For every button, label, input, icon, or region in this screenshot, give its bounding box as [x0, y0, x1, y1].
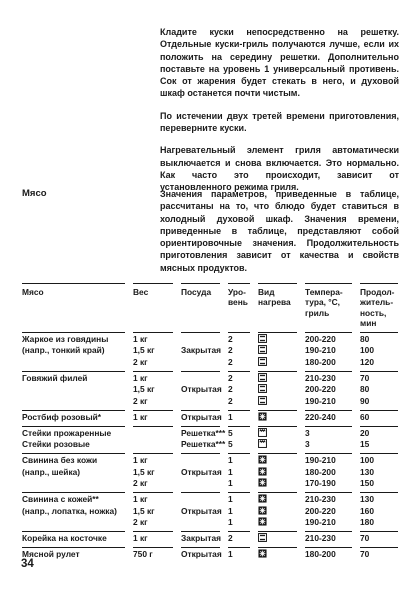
dish-name-cell: Стейки прожаренныеСтейки розовые	[22, 426, 125, 453]
duration-value: 80	[360, 334, 398, 346]
heat-mode	[258, 334, 297, 346]
duration-cell: 80100120	[360, 332, 398, 371]
temperature-value: 170-190	[305, 478, 352, 490]
level-value: 2	[228, 384, 250, 396]
weight-value: 1 кг	[133, 334, 173, 346]
heat-mode	[258, 549, 297, 561]
heat-mode-cell	[258, 547, 297, 563]
level-value: 2	[228, 357, 250, 369]
duration-value: 100	[360, 345, 398, 357]
duration-cell: 130160180	[360, 492, 398, 531]
dish-name: Мясной рулет	[22, 549, 125, 561]
intro-text: Кладите куски непосредственно на решетку…	[160, 26, 399, 204]
cookware-value: Закрытая	[181, 533, 221, 545]
intro-paragraph: Кладите куски непосредственно на решетку…	[160, 26, 399, 100]
cookware-cell: Решетка***Решетка***	[181, 426, 220, 453]
section-heading: Мясо	[22, 188, 47, 199]
duration-value: 15	[360, 439, 398, 451]
duration-value: 90	[360, 396, 398, 408]
duration-value: 160	[360, 506, 398, 518]
heat-mode-cell	[258, 371, 297, 410]
table-row-group: Мясной рулет750 гОткрытая1180-20070	[22, 547, 399, 563]
weight-value: 1 кг	[133, 373, 173, 385]
heat-mode	[258, 478, 297, 490]
dish-name: (напр., тонкий край)	[22, 345, 125, 357]
temperature-value: 180-200	[305, 549, 352, 561]
dish-name: Стейки розовые	[22, 439, 125, 451]
table-row-group: Свинина без кожи(напр., шейка)1 кг1,5 кг…	[22, 453, 399, 492]
weight-value: 2 кг	[133, 396, 173, 408]
duration-cell: 70	[360, 547, 398, 563]
duration-value: 70	[360, 533, 398, 545]
weight-value: 1,5 кг	[133, 345, 173, 357]
level-cell: 1	[228, 410, 250, 426]
top-bottom-heat-icon	[258, 373, 267, 383]
heat-mode	[258, 517, 297, 529]
dish-name: Свинина с кожей**	[22, 494, 125, 506]
weight-value: 1 кг	[133, 412, 173, 424]
page-number: 34	[21, 558, 34, 570]
top-bottom-heat-icon	[258, 345, 267, 355]
table-row-group: Говяжий филей1 кг1,5 кг2 кгОткрытая22221…	[22, 371, 399, 410]
level-cell: 2	[228, 531, 250, 547]
level-value: 1	[228, 455, 250, 467]
level-value: 1	[228, 517, 250, 529]
duration-value: 120	[360, 357, 398, 369]
temperature-cell: 190-210180-200170-190	[305, 453, 352, 492]
top-bottom-heat-icon	[258, 384, 267, 394]
section-paragraph: Значения параметров, приведенные в табли…	[160, 188, 399, 274]
top-bottom-heat-icon	[258, 334, 267, 344]
heat-mode-cell	[258, 410, 297, 426]
level-value: 5	[228, 439, 250, 451]
hot-air-fan-icon	[258, 517, 267, 527]
heat-mode-cell	[258, 531, 297, 547]
manual-page: Кладите куски непосредственно на решетку…	[0, 0, 420, 595]
cookware-value: Открытая	[181, 384, 222, 396]
col-header-cookware: Посуда	[181, 283, 220, 332]
temperature-value: 3	[305, 439, 352, 451]
level-value: 1	[228, 494, 250, 506]
heat-mode-cell	[258, 492, 297, 531]
dish-name: Стейки прожаренные	[22, 428, 125, 440]
col-header-heat-mode: Вид нагрева	[258, 283, 297, 332]
dish-name: Жаркое из говядины	[22, 334, 125, 346]
level-cell: 111	[228, 492, 250, 531]
heat-mode	[258, 494, 297, 506]
table-row-group: Корейка на косточке1 кгЗакрытая2210-2307…	[22, 531, 399, 547]
weight-cell: 1 кг1,5 кг2 кг	[133, 492, 173, 531]
level-cell: 222	[228, 332, 250, 371]
heat-mode	[258, 396, 297, 408]
cookware-value: Закрытая	[181, 345, 221, 357]
weight-cell: 1 кг	[133, 531, 173, 547]
temperature-value: 200-220	[305, 506, 352, 518]
temperature-value: 200-220	[305, 384, 352, 396]
temperature-cell: 220-240	[305, 410, 352, 426]
dish-name: Ростбиф розовый*	[22, 412, 125, 424]
weight-cell: 1 кг	[133, 410, 173, 426]
weight-cell: 750 г	[133, 547, 173, 563]
meat-table-body: Жаркое из говядины(напр., тонкий край)1 …	[22, 332, 399, 563]
cookware-value: Открытая	[181, 467, 222, 479]
hot-air-fan-icon	[258, 467, 267, 477]
temperature-value: 180-200	[305, 467, 352, 479]
duration-cell: 2015	[360, 426, 398, 453]
temperature-cell: 33	[305, 426, 352, 453]
temperature-value: 180-200	[305, 357, 352, 369]
cookware-cell: Открытая	[181, 547, 220, 563]
table-row-group: Жаркое из говядины(напр., тонкий край)1 …	[22, 332, 399, 371]
dish-name-cell: Свинина без кожи(напр., шейка)	[22, 453, 125, 492]
hot-air-fan-icon	[258, 506, 267, 516]
level-value: 1	[228, 506, 250, 518]
level-value: 2	[228, 345, 250, 357]
dish-name: Говяжий филей	[22, 373, 125, 385]
weight-value: 1,5 кг	[133, 384, 173, 396]
heat-mode	[258, 428, 297, 440]
level-cell: 222	[228, 371, 250, 410]
duration-value: 70	[360, 549, 398, 561]
heat-mode-cell	[258, 332, 297, 371]
temperature-cell: 210-230200-220190-210	[305, 492, 352, 531]
duration-value: 180	[360, 517, 398, 529]
weight-value	[133, 439, 173, 451]
top-bottom-heat-icon	[258, 396, 267, 406]
level-value: 1	[228, 412, 250, 424]
duration-value: 130	[360, 494, 398, 506]
duration-value: 130	[360, 467, 398, 479]
heat-mode-cell	[258, 426, 297, 453]
heat-mode	[258, 412, 297, 424]
cookware-cell: Закрытая	[181, 531, 220, 547]
duration-cell: 60	[360, 410, 398, 426]
heat-mode	[258, 439, 297, 451]
col-header-meat: Мясо	[22, 283, 125, 332]
temperature-value: 210-230	[305, 533, 352, 545]
cookware-value: Открытая	[181, 549, 222, 561]
dish-name: (напр., лопатка, ножка)	[22, 506, 125, 518]
table-header-row: Мясо Вес Посуда Уро- вень Вид нагрева Те…	[22, 283, 399, 332]
temperature-value: 200-220	[305, 334, 352, 346]
level-value: 1	[228, 467, 250, 479]
weight-value: 1,5 кг	[133, 506, 173, 518]
heat-mode	[258, 345, 297, 357]
weight-value: 750 г	[133, 549, 173, 561]
cookware-cell: Открытая	[181, 453, 220, 492]
col-header-temperature: Темпера- тура, °C, гриль	[305, 283, 352, 332]
temperature-value: 220-240	[305, 412, 352, 424]
level-value: 2	[228, 373, 250, 385]
cookware-cell: Открытая	[181, 492, 220, 531]
duration-cell: 70	[360, 531, 398, 547]
cookware-cell: Открытая	[181, 410, 220, 426]
weight-value: 1 кг	[133, 455, 173, 467]
duration-value: 60	[360, 412, 398, 424]
level-value: 2	[228, 396, 250, 408]
heat-mode-cell	[258, 453, 297, 492]
col-header-weight: Вес	[133, 283, 173, 332]
cookware-value: Открытая	[181, 506, 222, 518]
dish-name-cell: Жаркое из говядины(напр., тонкий край)	[22, 332, 125, 371]
weight-value	[133, 428, 173, 440]
duration-value: 80	[360, 384, 398, 396]
table-row-group: Стейки прожаренныеСтейки розовыеРешетка*…	[22, 426, 399, 453]
hot-air-fan-icon	[258, 494, 267, 504]
table-row-group: Свинина с кожей**(напр., лопатка, ножка)…	[22, 492, 399, 531]
col-header-duration: Продол- житель- ность, мин	[360, 283, 398, 332]
temperature-value: 190-210	[305, 345, 352, 357]
hot-air-fan-icon	[258, 549, 267, 559]
cookware-cell: Открытая	[181, 371, 220, 410]
duration-value: 150	[360, 478, 398, 490]
weight-value: 2 кг	[133, 517, 173, 529]
weight-cell: 1 кг1,5 кг2 кг	[133, 453, 173, 492]
cookware-cell: Закрытая	[181, 332, 220, 371]
duration-value: 20	[360, 428, 398, 440]
temperature-value: 190-210	[305, 396, 352, 408]
cookware-value: Решетка***	[181, 439, 220, 451]
grill-icon	[258, 428, 267, 438]
hot-air-fan-icon	[258, 412, 267, 422]
weight-value: 1 кг	[133, 533, 173, 545]
table-row-group: Ростбиф розовый*1 кгОткрытая1220-24060	[22, 410, 399, 426]
cookware-value: Открытая	[181, 412, 222, 424]
heat-mode	[258, 373, 297, 385]
level-value: 1	[228, 478, 250, 490]
intro-paragraph: Нагревательный элемент гриля автоматичес…	[160, 144, 399, 193]
temperature-value: 210-230	[305, 494, 352, 506]
weight-cell: 1 кг1,5 кг2 кг	[133, 332, 173, 371]
level-cell: 55	[228, 426, 250, 453]
hot-air-fan-icon	[258, 455, 267, 465]
dish-name-cell: Ростбиф розовый*	[22, 410, 125, 426]
temperature-cell: 180-200	[305, 547, 352, 563]
dish-name-cell: Свинина с кожей**(напр., лопатка, ножка)	[22, 492, 125, 531]
dish-name-cell: Мясной рулет	[22, 547, 125, 563]
level-cell: 1	[228, 547, 250, 563]
weight-value: 1 кг	[133, 494, 173, 506]
cookware-value: Решетка***	[181, 428, 220, 440]
temperature-value: 3	[305, 428, 352, 440]
weight-cell	[133, 426, 173, 453]
temperature-value: 190-210	[305, 517, 352, 529]
dish-name-cell: Говяжий филей	[22, 371, 125, 410]
intro-paragraph: По истечении двух третей времени пригото…	[160, 110, 399, 135]
col-header-level: Уро- вень	[228, 283, 250, 332]
level-value: 2	[228, 533, 250, 545]
dish-name-cell: Корейка на косточке	[22, 531, 125, 547]
temperature-cell: 210-230	[305, 531, 352, 547]
hot-air-fan-icon	[258, 478, 267, 488]
dish-name: (напр., шейка)	[22, 467, 125, 479]
weight-value: 2 кг	[133, 478, 173, 490]
duration-value: 100	[360, 455, 398, 467]
temperature-cell: 200-220190-210180-200	[305, 332, 352, 371]
top-bottom-heat-icon	[258, 533, 267, 543]
dish-name: Свинина без кожи	[22, 455, 125, 467]
level-value: 1	[228, 549, 250, 561]
duration-value: 70	[360, 373, 398, 385]
heat-mode	[258, 467, 297, 479]
level-value: 2	[228, 334, 250, 346]
grill-icon	[258, 439, 267, 449]
duration-cell: 100130150	[360, 453, 398, 492]
temperature-value: 190-210	[305, 455, 352, 467]
dish-name: Корейка на косточке	[22, 533, 125, 545]
heat-mode	[258, 384, 297, 396]
top-bottom-heat-icon	[258, 357, 267, 367]
heat-mode	[258, 533, 297, 545]
temperature-cell: 210-230200-220190-210	[305, 371, 352, 410]
meat-table: Мясо Вес Посуда Уро- вень Вид нагрева Те…	[22, 283, 399, 563]
temperature-value: 210-230	[305, 373, 352, 385]
level-value: 5	[228, 428, 250, 440]
heat-mode	[258, 455, 297, 467]
duration-cell: 708090	[360, 371, 398, 410]
weight-value: 2 кг	[133, 357, 173, 369]
heat-mode	[258, 506, 297, 518]
level-cell: 111	[228, 453, 250, 492]
heat-mode	[258, 357, 297, 369]
weight-value: 1,5 кг	[133, 467, 173, 479]
weight-cell: 1 кг1,5 кг2 кг	[133, 371, 173, 410]
